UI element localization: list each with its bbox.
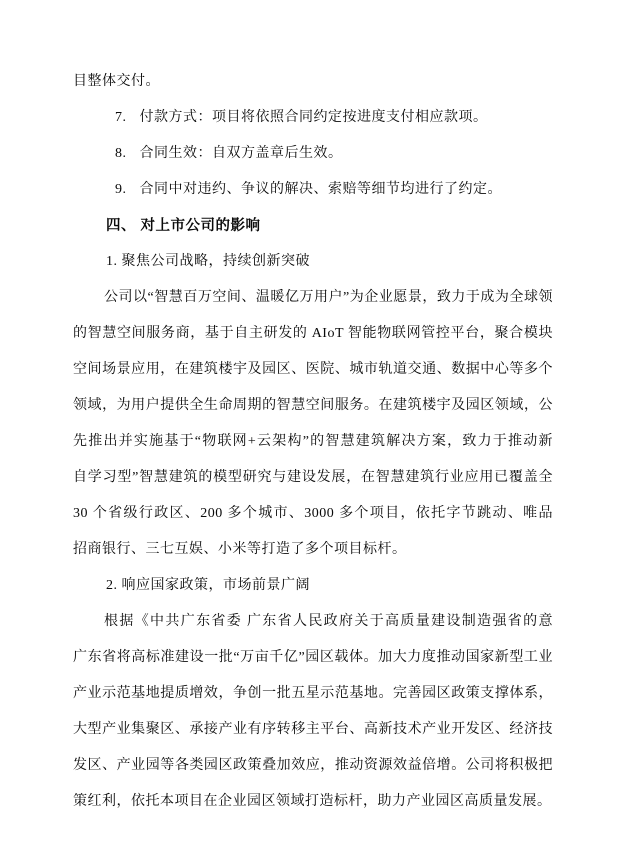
contract-item-8: 8.合同生效：自双方盖章后生效。: [73, 136, 553, 172]
paragraph-1-line: 先推出并实施基于“物联网+云架构”的智慧建筑解决方案，致力于推动新型“AI: [73, 424, 553, 460]
paragraph-1-line: 自学习型”智慧建筑的模型研究与建设发展，在智慧建筑行业应用已覆盖全国: [73, 460, 553, 496]
document-page: 目整体交付。 7.付款方式：项目将依照合同约定按进度支付相应款项。 8.合同生效…: [0, 0, 625, 867]
paragraph-2-line: 根据《中共广东省委 广东省人民政府关于高质量建设制造强省的意见》，: [73, 604, 553, 640]
paragraph-1-line: 公司以“智慧百万空间、温暖亿万用户”为企业愿景，致力于成为全球领先: [73, 280, 553, 316]
paragraph-1-line: 招商银行、三七互娱、小米等打造了多个项目标杆。: [73, 532, 553, 568]
item-text: 付款方式：项目将依照合同约定按进度支付相应款项。: [140, 110, 488, 125]
paragraph-2-line: 大型产业集聚区、承接产业有序转移主平台、高新技术产业开发区、经济技术开: [73, 712, 553, 748]
section-heading: 四、 对上市公司的影响: [73, 208, 553, 244]
paragraph-1-line: 的智慧空间服务商，基于自主研发的 AIoT 智能物联网管控平台，聚合模块化的: [73, 316, 553, 352]
subsection-1-title: 1. 聚焦公司战略，持续创新突破: [73, 244, 553, 280]
paragraph-1-line: 领域，为用户提供全生命周期的智慧空间服务。在建筑楼宇及园区领域，公司率: [73, 388, 553, 424]
item-text: 合同中对违约、争议的解决、索赔等细节均进行了约定。: [140, 182, 503, 197]
paragraph-2-line: 广东省将高标准建设一批“万亩千亿”园区载体。加大力度推动国家新型工业化: [73, 640, 553, 676]
contract-item-9: 9.合同中对违约、争议的解决、索赔等细节均进行了约定。: [73, 172, 553, 208]
paragraph-2-line: 产业示范基地提质增效，争创一批五星示范基地。完善园区政策支撑体系，释放: [73, 676, 553, 712]
item-number: 8.: [115, 136, 127, 172]
document-content: 目整体交付。 7.付款方式：项目将依照合同约定按进度支付相应款项。 8.合同生效…: [73, 64, 553, 820]
item-number: 7.: [115, 100, 127, 136]
subsection-2-title: 2. 响应国家政策，市场前景广阔: [73, 568, 553, 604]
item-number: 9.: [115, 172, 127, 208]
paragraph-2-line: 发区、产业园等各类园区政策叠加效应，推动资源效益倍增。公司将积极把握政: [73, 748, 553, 784]
paragraph-1-line: 30 个省级行政区、200 多个城市、3000 多个项目，依托字节跳动、唯品会、: [73, 496, 553, 532]
item-text: 合同生效：自双方盖章后生效。: [140, 146, 343, 161]
paragraph-1-line: 空间场景应用，在建筑楼宇及园区、医院、城市轨道交通、数据中心等多个市场: [73, 352, 553, 388]
contract-item-7: 7.付款方式：项目将依照合同约定按进度支付相应款项。: [73, 100, 553, 136]
paragraph-2-line: 策红利，依托本项目在企业园区领域打造标杆，助力产业园区高质量发展。: [73, 784, 553, 820]
continuation-line: 目整体交付。: [73, 64, 553, 100]
